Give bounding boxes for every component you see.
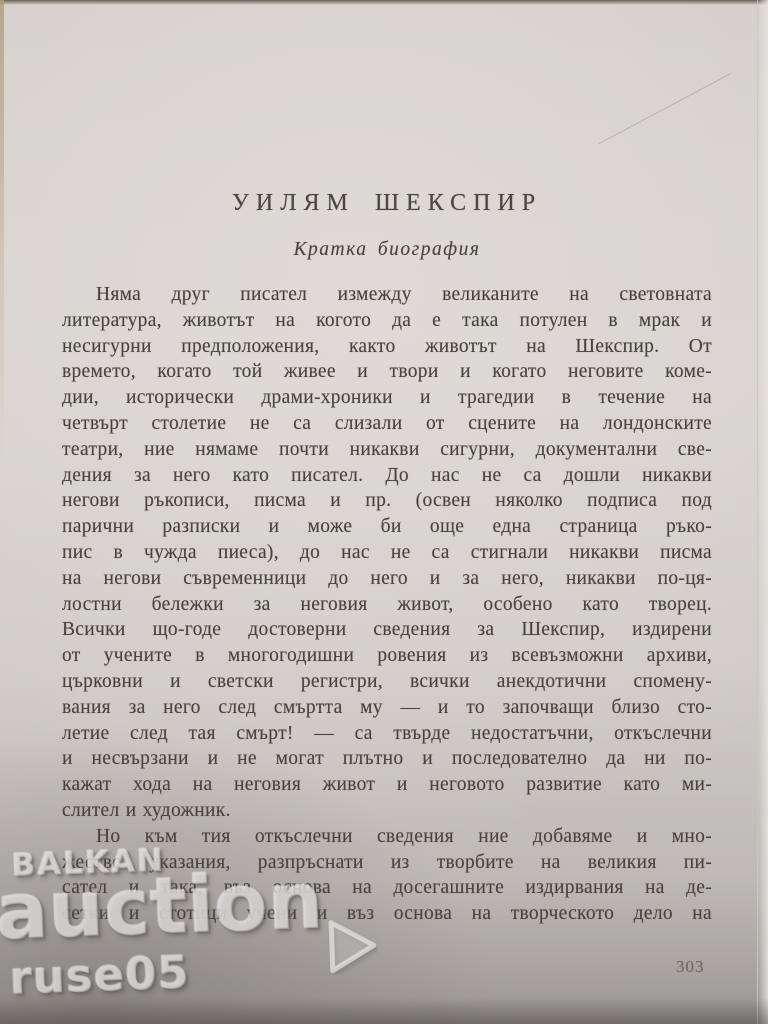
text-line: негови ръкописи, писма и пр. (освен няко… [62, 488, 712, 514]
text-line: и несвързани и не могат плътно и последо… [62, 746, 712, 772]
page-number: 303 [676, 957, 705, 977]
text-line: сетки и стотици учени и въз основа на тв… [62, 901, 712, 927]
text-line: от учените в многогодишни ровения из все… [62, 643, 712, 669]
text-line: парични разписки и може би още една стра… [62, 514, 712, 540]
text-line: времето, когато той живее и твори и кога… [62, 359, 712, 385]
book-page-photo: УИЛЯМ ШЕКСПИР Кратка биография Няма друг… [0, 0, 768, 1024]
text-line: дии, исторически драми-хроники и трагеди… [62, 385, 712, 411]
text-line: кажат хода на неговия живот и неговото р… [62, 772, 712, 798]
page-title: УИЛЯМ ШЕКСПИР [62, 190, 712, 216]
text-line: жество указания, разпръснати из творбите… [62, 850, 712, 876]
page-left-edge [0, 0, 4, 460]
text-line: литература, животът на когото да е така … [62, 308, 712, 334]
page-right-edge [757, 0, 768, 1024]
text-line: театри, ние нямаме почти никакви сигурни… [62, 437, 712, 463]
text-line: пис в чужда пиеса), до нас не са стигнал… [62, 540, 712, 566]
text-line: вания за него след смъртта му — и то зап… [62, 695, 712, 721]
page-body: Няма друг писател измежду великаните на … [62, 282, 712, 927]
text-line: слител и художник. [62, 798, 712, 824]
text-line: несигурни предположения, както животът н… [62, 334, 712, 360]
page-content: УИЛЯМ ШЕКСПИР Кратка биография Няма друг… [62, 0, 712, 1024]
text-line: летие след тая смърт! — са твърде недост… [62, 721, 712, 747]
text-line: църковни и светски регистри, всички анек… [62, 669, 712, 695]
page-subtitle: Кратка биография [62, 238, 712, 262]
text-line: Всички що-годе достоверни сведения за Ше… [62, 617, 712, 643]
text-line: на негови съвременници до него и за него… [62, 566, 712, 592]
text-line: Но към тия откъслечни сведения ние добав… [62, 824, 712, 850]
text-line: четвърт столетие не са слизали от сценит… [62, 411, 712, 437]
text-line: Няма друг писател измежду великаните на … [62, 282, 712, 308]
text-line: лостни бележки за неговия живот, особено… [62, 592, 712, 618]
text-line: дения за него като писател. До нас не са… [62, 463, 712, 489]
text-line: сател и така, въз основа на досегашните … [62, 875, 712, 901]
